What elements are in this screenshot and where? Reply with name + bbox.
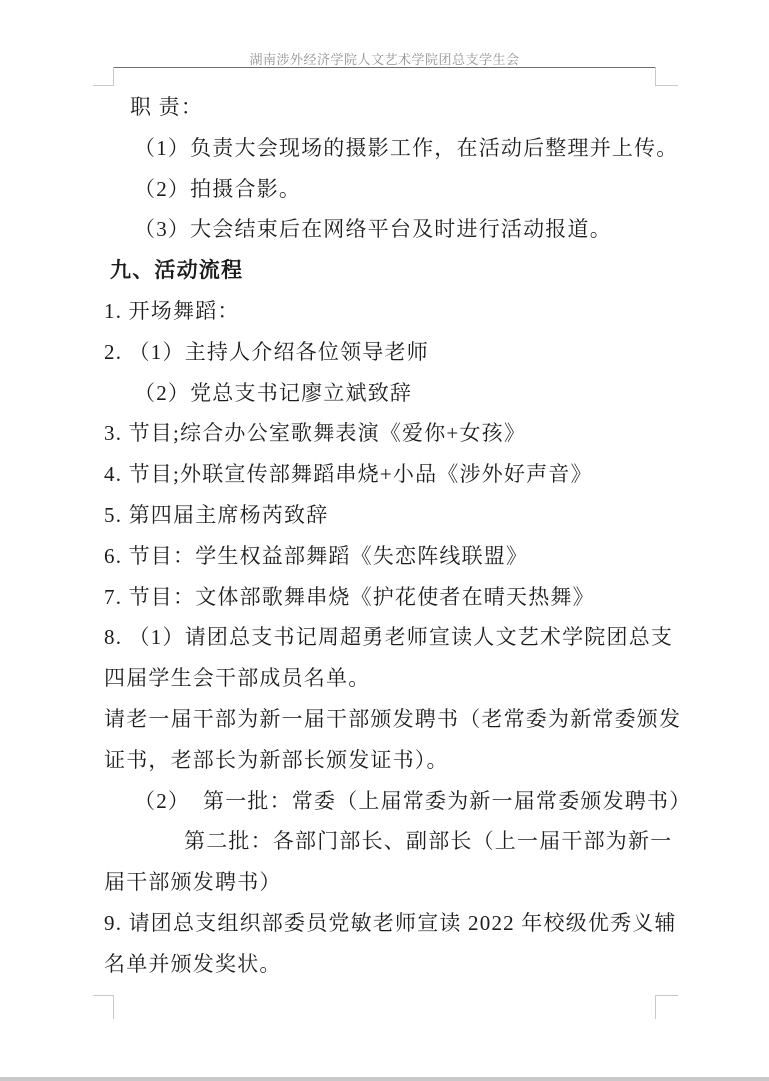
text-line[interactable]: 5. 第四届主席杨芮致辞 — [104, 495, 769, 536]
text-line[interactable]: 证书，老部长为新部长颁发证书）。 — [104, 740, 769, 781]
crop-mark-bottom-right-icon — [655, 995, 678, 1019]
text-line[interactable]: 届干部颁发聘书） — [104, 862, 769, 903]
text-line[interactable]: （2）党总支书记廖立斌致辞 — [104, 373, 769, 414]
text-line[interactable]: 请老一届干部为新一届干部颁发聘书（老常委为新常委颁发 — [104, 699, 769, 740]
crop-mark-bottom-left-icon — [93, 995, 114, 1019]
text-line[interactable]: 1. 开场舞蹈： — [104, 291, 769, 332]
text-line[interactable]: 6. 节目：学生权益部舞蹈《失恋阵线联盟》 — [104, 536, 769, 577]
text-line[interactable]: 4. 节目;外联宣传部舞蹈串烧+小品《涉外好声音》 — [104, 454, 769, 495]
document-page: 湖南涉外经济学院人文艺术学院团总支学生会 职 责： （1）负责大会现场的摄影工作… — [0, 0, 769, 1081]
text-line[interactable]: 职 责： — [104, 87, 769, 128]
text-line[interactable]: 四届学生会干部成员名单。 — [104, 658, 769, 699]
text-line[interactable]: （2）拍摄合影。 — [104, 169, 769, 210]
text-line[interactable]: 2. （1）主持人介绍各位领导老师 — [104, 332, 769, 373]
page-bottom-edge — [0, 1077, 769, 1081]
text-line[interactable]: 7. 节目：文体部歌舞串烧《护花使者在晴天热舞》 — [104, 577, 769, 618]
text-line[interactable]: 第二批：各部门部长、副部长（上一届干部为新一 — [104, 821, 769, 862]
section-heading[interactable]: 九、活动流程 — [104, 250, 769, 291]
crop-mark-top-right-icon — [655, 67, 678, 86]
header-divider — [113, 67, 655, 68]
text-line[interactable]: 9. 请团总支组织部委员党敏老师宣读 2022 年校级优秀义辅 — [104, 903, 769, 944]
crop-mark-top-left-icon — [93, 67, 114, 86]
text-line[interactable]: （2） 第一批：常委（上届常委为新一届常委颁发聘书） — [104, 781, 769, 822]
page-header-title: 湖南涉外经济学院人文艺术学院团总支学生会 — [0, 49, 769, 68]
text-line[interactable]: （3）大会结束后在网络平台及时进行活动报道。 — [104, 209, 769, 250]
text-line[interactable]: 3. 节目;综合办公室歌舞表演《爱你+女孩》 — [104, 413, 769, 454]
document-body[interactable]: 职 责： （1）负责大会现场的摄影工作，在活动后整理并上传。 （2）拍摄合影。 … — [0, 87, 769, 985]
text-line[interactable]: （1）负责大会现场的摄影工作，在活动后整理并上传。 — [104, 128, 769, 169]
text-line[interactable]: 8. （1）请团总支书记周超勇老师宣读人文艺术学院团总支 — [104, 617, 769, 658]
text-line[interactable]: 名单并颁发奖状。 — [104, 944, 769, 985]
